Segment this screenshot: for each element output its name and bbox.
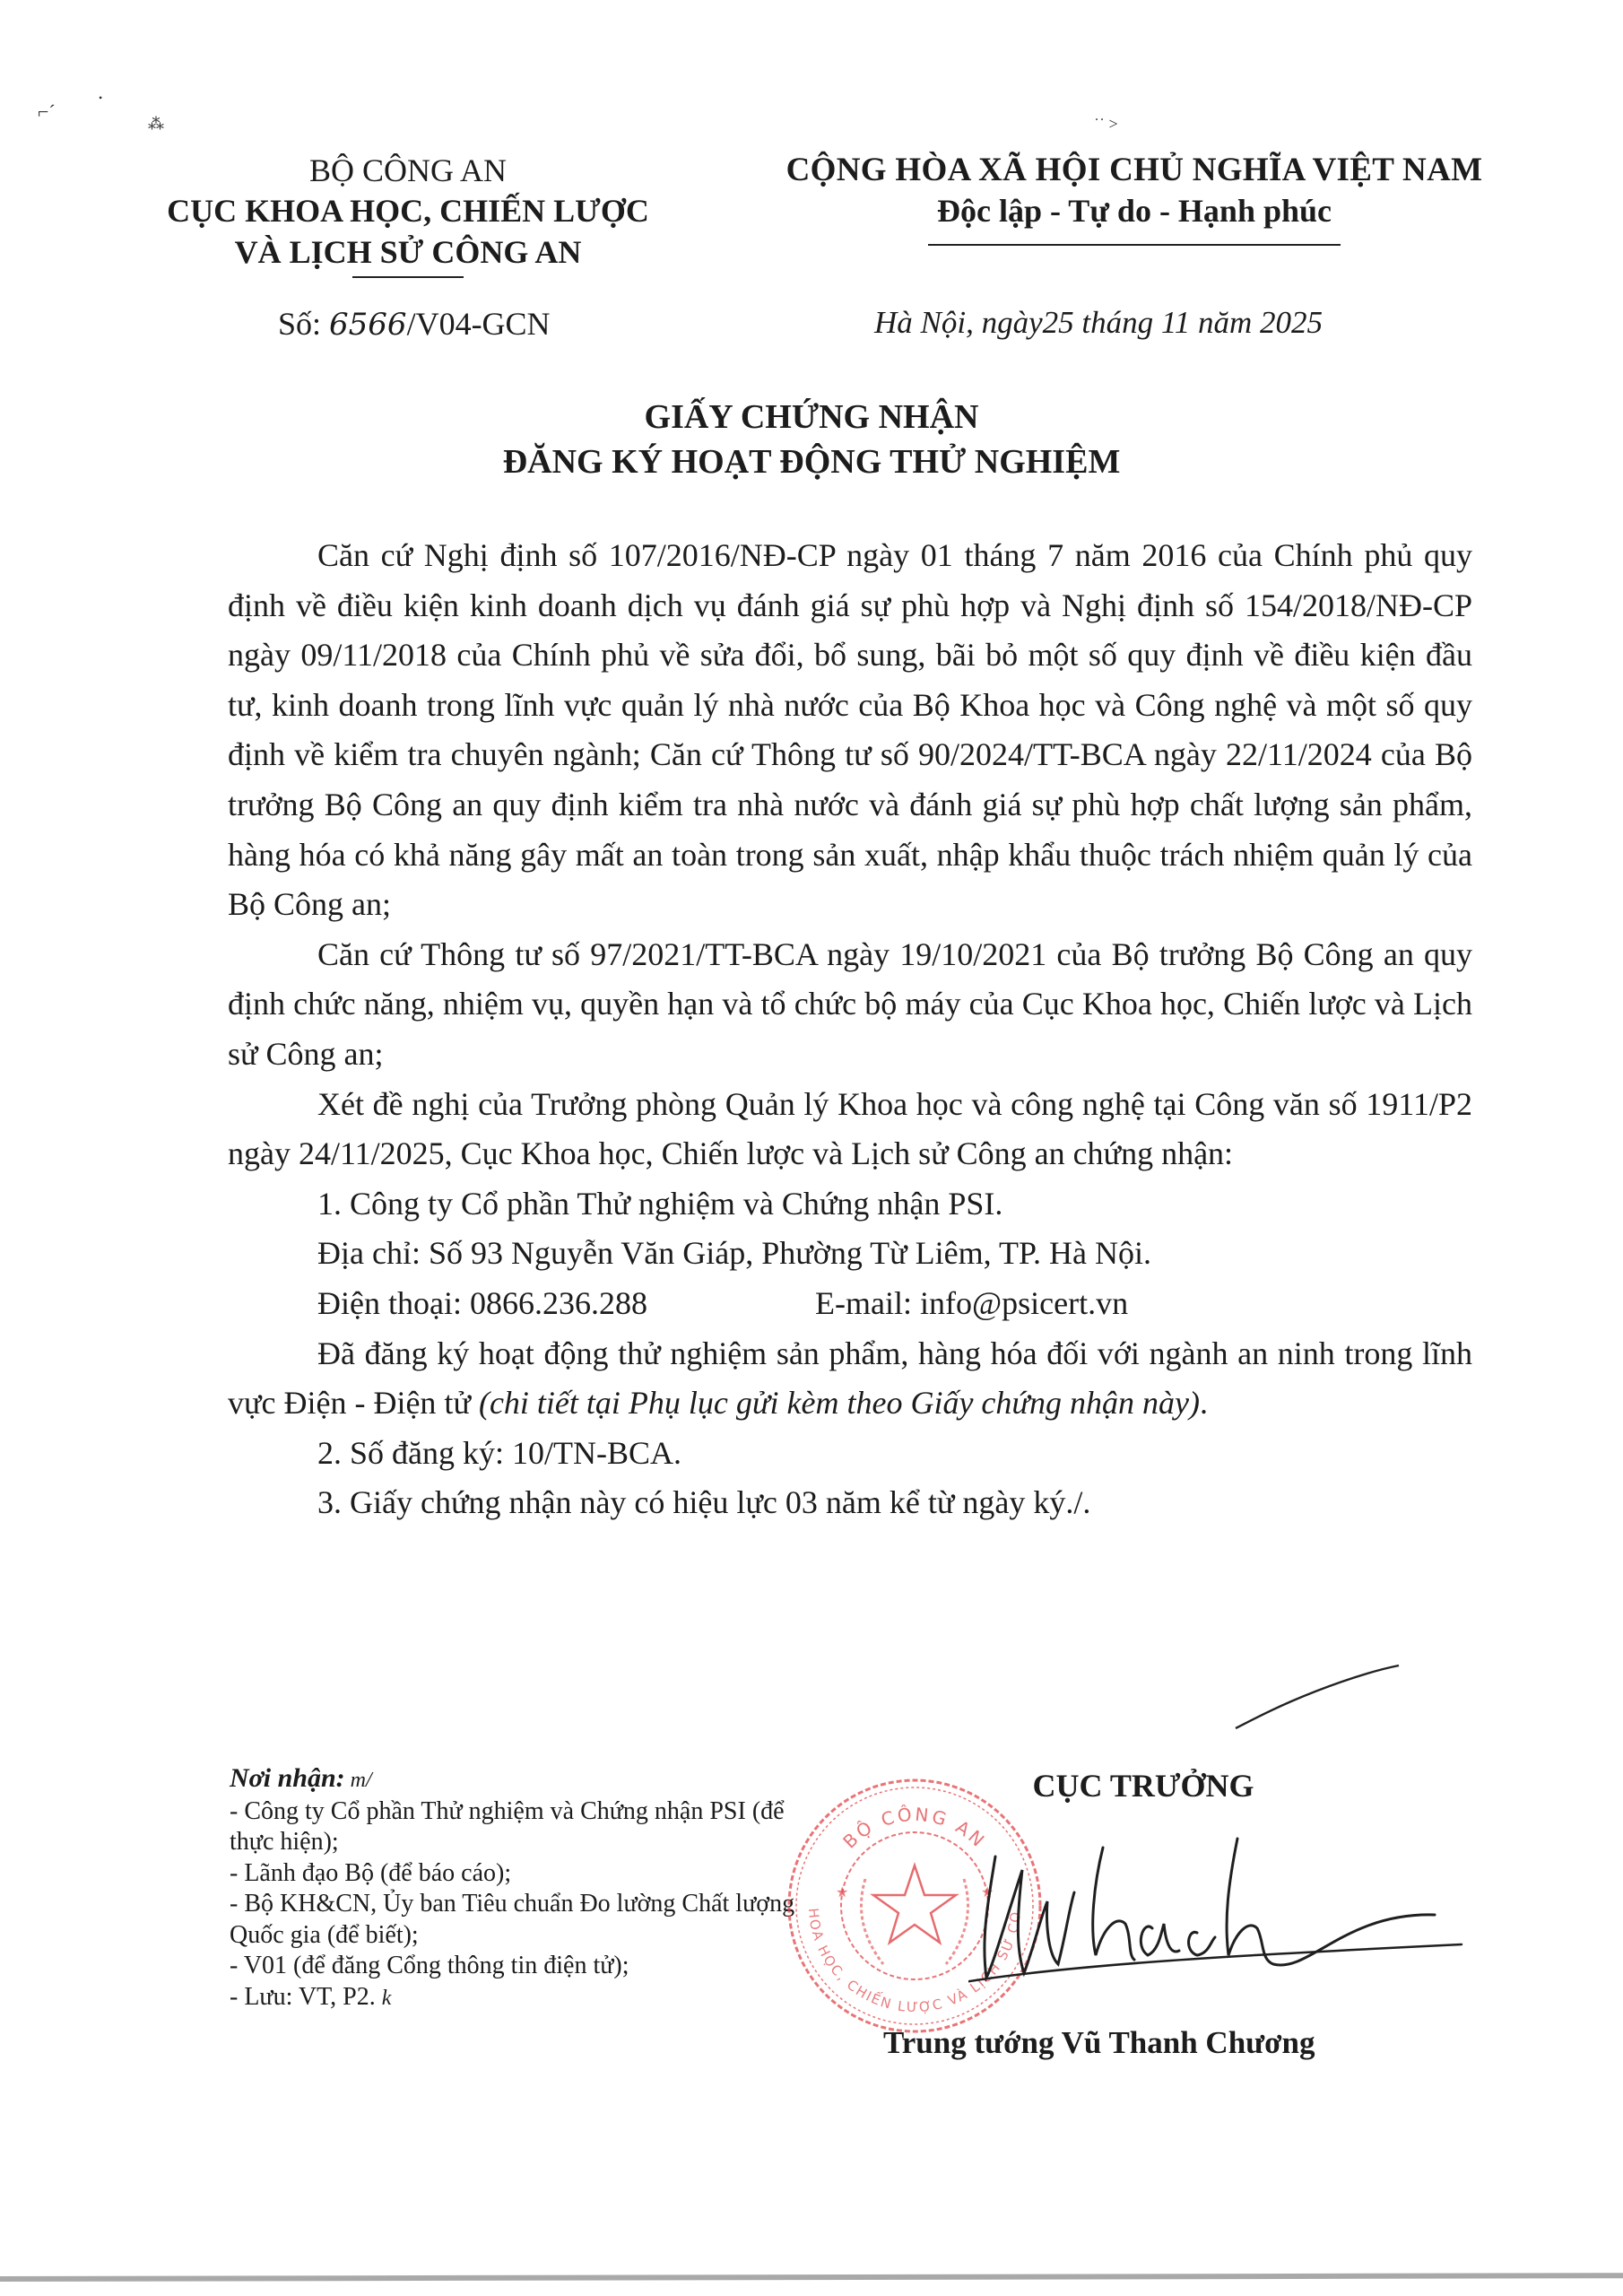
nation-name: CỘNG HÒA XÃ HỘI CHỦ NGHĨA VIỆT NAM bbox=[744, 151, 1524, 190]
header-right-divider bbox=[928, 244, 1341, 246]
document-date: Hà Nội, ngày25 tháng 11 năm 2025 bbox=[874, 305, 1323, 341]
scope-annex-note: (chi tiết tại Phụ lục gửi kèm theo Giấy … bbox=[479, 1385, 1200, 1421]
handwritten-checkmark-icon bbox=[1228, 1664, 1408, 1735]
validity-period: 3. Giấy chứng nhận này có hiệu lực 03 nă… bbox=[228, 1478, 1472, 1528]
company-email: E-mail: info@psicert.vn bbox=[815, 1279, 1128, 1329]
scan-speck: ˙˙ > bbox=[1094, 115, 1118, 134]
scan-page-edge bbox=[0, 2273, 1623, 2282]
legal-basis-paragraph-2: Căn cứ Thông tư số 97/2021/TT-BCA ngày 1… bbox=[228, 930, 1472, 1080]
ministry-name: BỘ CÔNG AN bbox=[117, 151, 699, 190]
recipients-heading: Nơi nhận:m/ bbox=[230, 1763, 803, 1796]
handwritten-signature bbox=[968, 1830, 1471, 2009]
archive-mark: k bbox=[382, 1987, 392, 2010]
scan-speck: ⌐ˊ bbox=[38, 100, 56, 124]
scope-end: . bbox=[1200, 1385, 1208, 1421]
department-name-line1: CỤC KHOA HỌC, CHIẾN LƯỢC bbox=[117, 190, 699, 231]
recipient-item: - V01 (để đăng Cổng thông tin điện tử); bbox=[230, 1951, 803, 1982]
recipient-item: - Lưu: VT, P2. k bbox=[230, 1982, 803, 2014]
signatory-name: Trung tướng Vũ Thanh Chương bbox=[883, 2025, 1315, 2061]
date-place: Hà Nội, ngày bbox=[874, 305, 1043, 340]
title-line1: GIẤY CHỨNG NHẬN bbox=[0, 395, 1623, 439]
registration-scope-paragraph: Đã đăng ký hoạt động thử nghiệm sản phẩm… bbox=[228, 1329, 1472, 1429]
issuing-agency-header: BỘ CÔNG AN CỤC KHOA HỌC, CHIẾN LƯỢC VÀ L… bbox=[117, 151, 699, 278]
recipient-item: - Công ty Cổ phần Thử nghiệm và Chứng nh… bbox=[230, 1796, 803, 1858]
recipient-archive: - Lưu: VT, P2. bbox=[230, 1983, 376, 2011]
signatory-title: CỤC TRƯỞNG bbox=[928, 1767, 1358, 1805]
legal-basis-paragraph-1: Căn cứ Nghị định số 107/2016/NĐ-CP ngày … bbox=[228, 531, 1472, 930]
date-month-handwritten: 11 bbox=[1161, 305, 1190, 340]
company-address: Địa chỉ: Số 93 Nguyễn Văn Giáp, Phường T… bbox=[228, 1229, 1472, 1279]
date-year: năm 2025 bbox=[1190, 305, 1323, 340]
document-title: GIẤY CHỨNG NHẬN ĐĂNG KÝ HOẠT ĐỘNG THỬ NG… bbox=[0, 395, 1623, 484]
recipient-item: - Bộ KH&CN, Ủy ban Tiêu chuẩn Đo lường C… bbox=[230, 1889, 803, 1951]
initials-mark: m/ bbox=[351, 1769, 372, 1792]
svg-text:★: ★ bbox=[836, 1885, 848, 1900]
certified-company: 1. Công ty Cổ phần Thử nghiệm và Chứng n… bbox=[228, 1179, 1472, 1230]
doc-number-suffix: /V04-GCN bbox=[407, 306, 551, 342]
registration-number: 2. Số đăng ký: 10/TN-BCA. bbox=[228, 1429, 1472, 1479]
header-left-divider bbox=[352, 276, 464, 278]
national-motto: Độc lập - Tự do - Hạnh phúc bbox=[744, 190, 1524, 231]
national-header: CỘNG HÒA XÃ HỘI CHỦ NGHĨA VIỆT NAM Độc l… bbox=[744, 151, 1524, 246]
recipients-heading-text: Nơi nhận: bbox=[230, 1763, 345, 1793]
proposal-paragraph: Xét đề nghị của Trưởng phòng Quản lý Kho… bbox=[228, 1080, 1472, 1179]
date-month-label: tháng bbox=[1074, 305, 1161, 340]
recipient-item: - Lãnh đạo Bộ (để báo cáo); bbox=[230, 1858, 803, 1890]
department-name-line2: VÀ LỊCH SỬ CÔNG AN bbox=[117, 231, 699, 273]
document-number: Số: 6566/V04-GCN bbox=[278, 305, 551, 343]
doc-number-handwritten: 6566 bbox=[329, 307, 407, 343]
recipients-list: Nơi nhận:m/ - Công ty Cổ phần Thử nghiệm… bbox=[230, 1763, 803, 2013]
doc-number-prefix: Số: bbox=[278, 306, 329, 342]
scan-speck: • bbox=[99, 91, 102, 105]
title-line2: ĐĂNG KÝ HOẠT ĐỘNG THỬ NGHIỆM bbox=[0, 439, 1623, 484]
document-body: Căn cứ Nghị định số 107/2016/NĐ-CP ngày … bbox=[228, 531, 1472, 1528]
stamp-star-icon bbox=[873, 1865, 956, 1943]
scan-speck: ⁂ bbox=[148, 115, 164, 134]
date-day-handwritten: 25 bbox=[1043, 305, 1074, 340]
company-phone: Điện thoại: 0866.236.288 bbox=[317, 1279, 815, 1329]
company-contact: Điện thoại: 0866.236.288 E-mail: info@ps… bbox=[228, 1279, 1472, 1329]
